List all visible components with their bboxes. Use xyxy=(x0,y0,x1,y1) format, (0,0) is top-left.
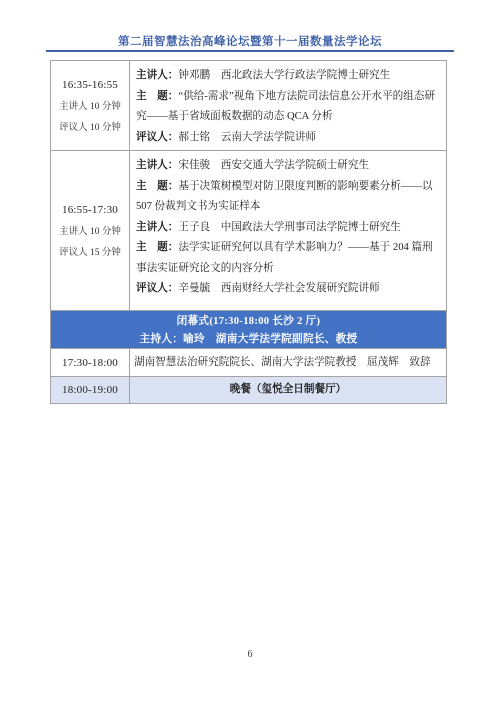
session-1-discussant-entry: 评议人：郝士铭 云南大学法学院讲师 xyxy=(136,128,440,149)
entry-label: 主讲人： xyxy=(136,160,178,171)
session-1-speaker-duration: 主讲人 10 分钟 xyxy=(59,98,121,112)
session-2-speaker-duration: 主讲人 10 分钟 xyxy=(59,223,121,237)
session-row-1: 16:35-16:55 主讲人 10 分钟 评议人 10 分钟 主讲人：钟邓鹏 … xyxy=(51,61,446,151)
session-1-speaker-entry: 主讲人：钟邓鹏 西北政法大学行政法学院博士研究生 xyxy=(136,66,440,87)
header-divider xyxy=(46,50,454,52)
session-2-time-cell: 16:55-17:30 主讲人 10 分钟 评议人 15 分钟 xyxy=(51,151,130,310)
entry-label: 评议人： xyxy=(136,132,178,143)
session-1-time-cell: 16:35-16:55 主讲人 10 分钟 评议人 10 分钟 xyxy=(51,61,130,150)
entry-text: 钟邓鹏 西北政法大学行政法学院博士研究生 xyxy=(178,70,390,81)
session-2-discussant-entry: 评议人：辛曼毓 西南财经大学社会发展研究院讲师 xyxy=(136,279,440,300)
entry-text: 法学实证研究何以具有学术影响力？——基于 204 篇刑事法实证研究论文的内容分析 xyxy=(136,242,433,274)
session-2-discussant-duration: 评议人 15 分钟 xyxy=(59,244,121,258)
entry-label: 主 题： xyxy=(136,91,178,102)
host-text: 喻玲 湖南大学法学院副院长、教授 xyxy=(183,334,357,345)
session-2-time: 16:55-17:30 xyxy=(62,204,118,216)
closing-remarks-row: 17:30-18:00 湖南智慧法治研究院院长、湖南大学法学院教授 屈茂辉 致辞 xyxy=(51,349,446,377)
closing-ceremony-title: 闭幕式(17:30-18:00 长沙 2 厅) xyxy=(177,313,321,328)
dinner-row: 18:00-19:00 晚餐（玺悦全日制餐厅） xyxy=(51,377,446,403)
session-2-content-cell: 主讲人：宋佳骏 西安交通大学法学院硕士研究生 主 题：基于决策树模型对防卫限度判… xyxy=(130,151,446,310)
document-page: 第二届智慧法治高峰论坛暨第十一届数量法学论坛 16:35-16:55 主讲人 1… xyxy=(0,0,500,706)
closing-ceremony-banner: 闭幕式(17:30-18:00 长沙 2 厅) 主持人：喻玲 湖南大学法学院副院… xyxy=(51,311,446,349)
entry-label: 主讲人： xyxy=(136,222,178,233)
dinner-text: 晚餐（玺悦全日制餐厅） xyxy=(130,377,446,403)
entry-text: 宋佳骏 西安交通大学法学院硕士研究生 xyxy=(178,160,369,171)
closing-remarks-time-cell: 17:30-18:00 xyxy=(51,349,130,376)
session-2-topic-entry-1: 主 题：基于决策树模型对防卫限度判断的影响要素分析——以 507 份裁判文书为实… xyxy=(136,177,440,218)
closing-ceremony-host: 主持人：喻玲 湖南大学法学院副院长、教授 xyxy=(140,331,358,346)
entry-text: “供给-需求”视角下地方法院司法信息公开水平的组态研究——基于省域面板数据的动态… xyxy=(136,91,435,123)
page-title: 第二届智慧法治高峰论坛暨第十一届数量法学论坛 xyxy=(0,33,500,49)
session-2-speaker-entry-2: 主讲人：王子良 中国政法大学刑事司法学院博士研究生 xyxy=(136,218,440,239)
entry-label: 主 题： xyxy=(136,242,178,253)
closing-remarks-time: 17:30-18:00 xyxy=(62,357,118,369)
session-1-topic-entry: 主 题：“供给-需求”视角下地方法院司法信息公开水平的组态研究——基于省域面板数… xyxy=(136,87,440,128)
session-1-time: 16:35-16:55 xyxy=(62,79,118,91)
schedule-table: 16:35-16:55 主讲人 10 分钟 评议人 10 分钟 主讲人：钟邓鹏 … xyxy=(50,60,447,404)
session-row-2: 16:55-17:30 主讲人 10 分钟 评议人 15 分钟 主讲人：宋佳骏 … xyxy=(51,151,446,311)
host-label: 主持人： xyxy=(140,334,184,345)
session-2-topic-entry-2: 主 题：法学实证研究何以具有学术影响力？——基于 204 篇刑事法实证研究论文的… xyxy=(136,238,440,279)
entry-label: 主 题： xyxy=(136,181,178,192)
session-2-speaker-entry-1: 主讲人：宋佳骏 西安交通大学法学院硕士研究生 xyxy=(136,156,440,177)
closing-remarks-text: 湖南智慧法治研究院院长、湖南大学法学院教授 屈茂辉 致辞 xyxy=(130,349,446,376)
entry-text: 王子良 中国政法大学刑事司法学院博士研究生 xyxy=(178,222,400,233)
dinner-time-cell: 18:00-19:00 xyxy=(51,377,130,403)
page-number: 6 xyxy=(0,649,500,660)
dinner-time: 18:00-19:00 xyxy=(62,384,118,396)
entry-label: 主讲人： xyxy=(136,70,178,81)
entry-text: 基于决策树模型对防卫限度判断的影响要素分析——以 507 份裁判文书为实证样本 xyxy=(136,181,433,213)
entry-label: 评议人： xyxy=(136,283,178,294)
entry-text: 郝士铭 云南大学法学院讲师 xyxy=(178,132,316,143)
session-1-discussant-duration: 评议人 10 分钟 xyxy=(59,119,121,133)
entry-text: 辛曼毓 西南财经大学社会发展研究院讲师 xyxy=(178,283,379,294)
session-1-content-cell: 主讲人：钟邓鹏 西北政法大学行政法学院博士研究生 主 题：“供给-需求”视角下地… xyxy=(130,61,446,150)
